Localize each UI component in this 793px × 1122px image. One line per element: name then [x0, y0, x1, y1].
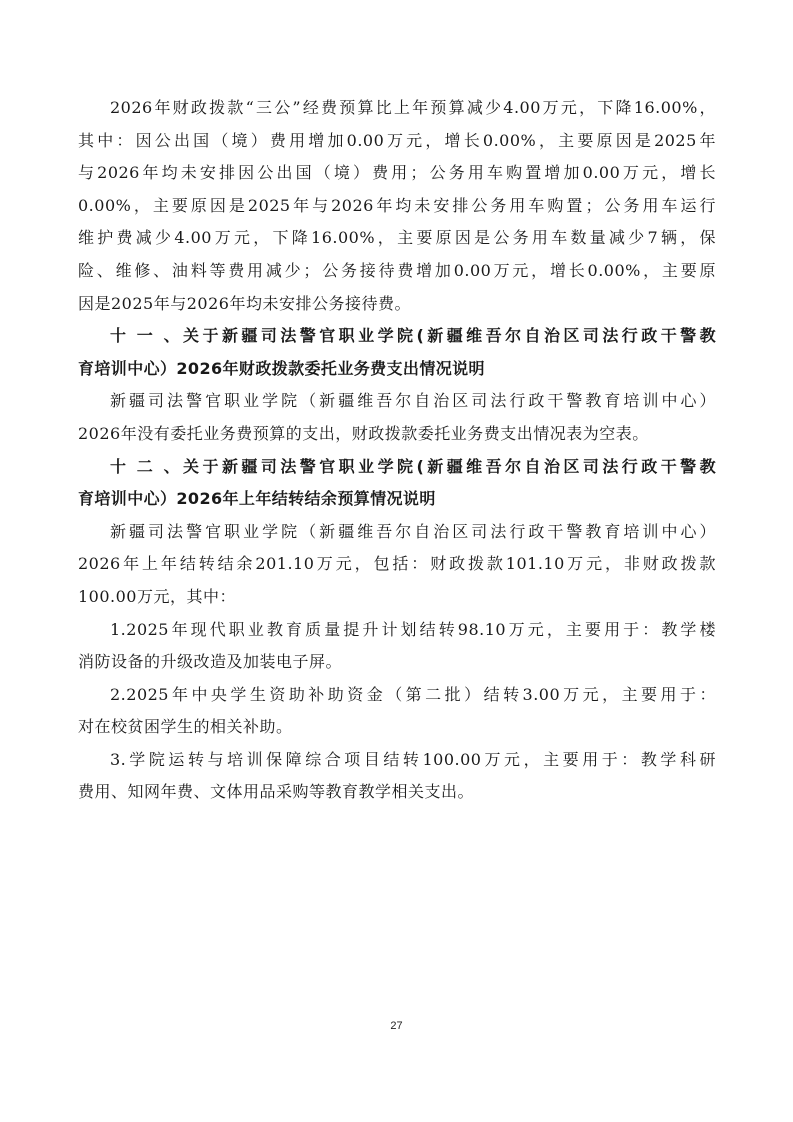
text-line: 与2026年均未安排因公出国（境）费用；公务用车购置增加0.00万元，增长	[78, 157, 716, 190]
section-12-heading: 十二、关于新疆司法警官职业学院(新疆维吾尔自治区司法行政干警教 育培训中心）20…	[78, 451, 716, 516]
carryover-item-2: 2.2025年中央学生资助补助资金（第二批）结转3.00万元，主要用于： 对在校…	[78, 679, 716, 744]
page-number: 27	[0, 1020, 793, 1032]
section-number: 十一、	[110, 320, 180, 353]
carryover-item-3: 3.学院运转与培训保障综合项目结转100.00万元，主要用于：教学科研 费用、知…	[78, 744, 716, 809]
section-11-body: 新疆司法警官职业学院（新疆维吾尔自治区司法行政干警教育培训中心） 2026年没有…	[78, 385, 716, 450]
text-line: 因是2025年与2026年均未安排公务接待费。	[78, 288, 716, 321]
carryover-item-1: 1.2025年现代职业教育质量提升计划结转98.10万元，主要用于：教学楼 消防…	[78, 614, 716, 679]
text-line: 险、维修、油料等费用减少；公务接待费增加0.00万元，增长0.00%，主要原	[78, 255, 716, 288]
document-page: 2026年财政拨款“三公”经费预算比上年预算减少4.00万元，下降16.00%，…	[78, 92, 716, 809]
heading-line: 十二、关于新疆司法警官职业学院(新疆维吾尔自治区司法行政干警教	[78, 451, 716, 484]
text-line: 新疆司法警官职业学院（新疆维吾尔自治区司法行政干警教育培训中心）	[78, 385, 716, 418]
text-line: 1.2025年现代职业教育质量提升计划结转98.10万元，主要用于：教学楼	[78, 614, 716, 647]
text-line: 0.00%，主要原因是2025年与2026年均未安排公务用车购置；公务用车运行	[78, 190, 716, 223]
text-line: 对在校贫困学生的相关补助。	[78, 711, 716, 744]
heading-line: 育培训中心）2026年财政拨款委托业务费支出情况说明	[78, 353, 716, 386]
text-line: 2026年没有委托业务费预算的支出，财政拨款委托业务费支出情况表为空表。	[78, 418, 716, 451]
section-11-heading: 十一、关于新疆司法警官职业学院(新疆维吾尔自治区司法行政干警教 育培训中心）20…	[78, 320, 716, 385]
text-line: 维护费减少4.00万元，下降16.00%，主要原因是公务用车数量减少7辆，保	[78, 222, 716, 255]
text-line: 2026年上年结转结余201.10万元，包括：财政拨款101.10万元，非财政拨…	[78, 548, 716, 581]
text-line: 3.学院运转与培训保障综合项目结转100.00万元，主要用于：教学科研	[78, 744, 716, 777]
paragraph-three-public-expenses: 2026年财政拨款“三公”经费预算比上年预算减少4.00万元，下降16.00%，…	[78, 92, 716, 320]
section-number: 十二、	[110, 451, 180, 484]
text-line: 消防设备的升级改造及加装电子屏。	[78, 646, 716, 679]
section-title: 关于新疆司法警官职业学院(新疆维吾尔自治区司法行政干警教	[180, 326, 716, 345]
text-line: 2.2025年中央学生资助补助资金（第二批）结转3.00万元，主要用于：	[78, 679, 716, 712]
text-line: 新疆司法警官职业学院（新疆维吾尔自治区司法行政干警教育培训中心）	[78, 516, 716, 549]
heading-line: 育培训中心）2026年上年结转结余预算情况说明	[78, 483, 716, 516]
section-title: 关于新疆司法警官职业学院(新疆维吾尔自治区司法行政干警教	[180, 457, 716, 476]
heading-line: 十一、关于新疆司法警官职业学院(新疆维吾尔自治区司法行政干警教	[78, 320, 716, 353]
text-line: 费用、知网年费、文体用品采购等教育教学相关支出。	[78, 776, 716, 809]
text-line: 100.00万元，其中：	[78, 581, 716, 614]
text-line: 其中：因公出国（境）费用增加0.00万元，增长0.00%，主要原因是2025年	[78, 125, 716, 158]
section-12-body: 新疆司法警官职业学院（新疆维吾尔自治区司法行政干警教育培训中心） 2026年上年…	[78, 516, 716, 614]
text-line: 2026年财政拨款“三公”经费预算比上年预算减少4.00万元，下降16.00%，	[78, 92, 716, 125]
